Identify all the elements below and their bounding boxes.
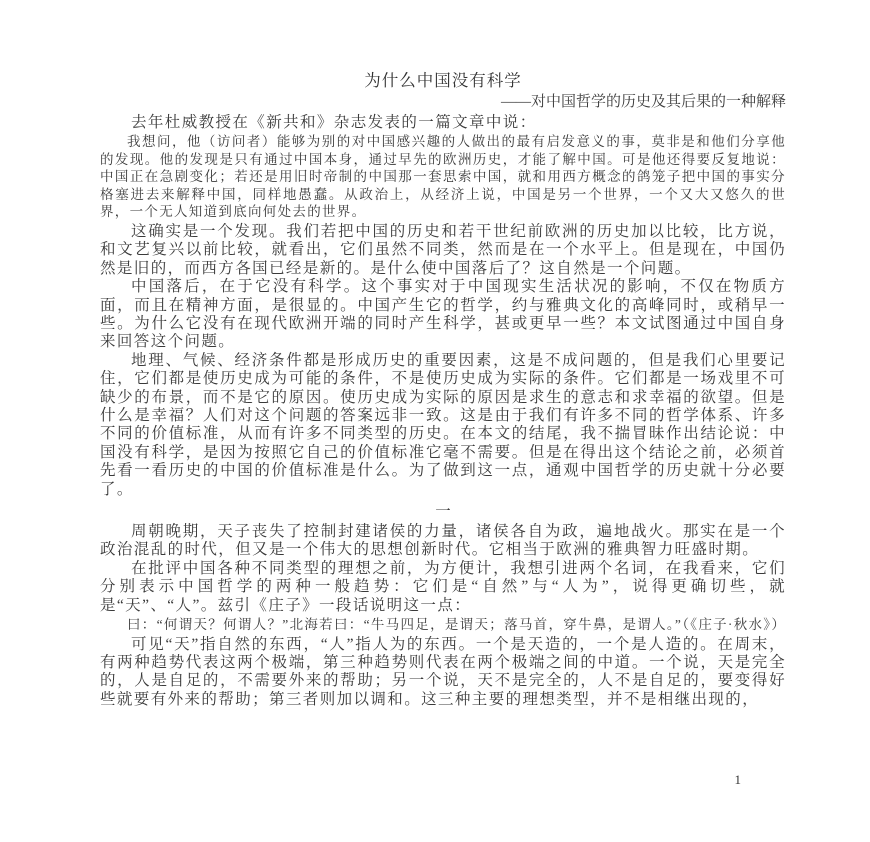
quote-block-dewey: 我想问，他（访问者）能够为别的对中国感兴趣的人做出的最有启发意义的事，莫非是和他… bbox=[100, 133, 786, 221]
page-number: 1 bbox=[100, 772, 741, 788]
paragraph-zhou-dynasty: 周朝晚期，天子丧失了控制封建诸侯的力量，诸侯各自为政，遍地战火。那实在是一个政治… bbox=[100, 523, 786, 560]
paragraph-geography: 地理、气候、经济条件都是形成历史的重要因素，这是不成问题的，但是我们心里要记住，… bbox=[100, 352, 786, 499]
paragraph-no-science: 中国落后，在于它没有科学。这个事实对于中国现实生活状况的影响，不仅在物质方面，而… bbox=[100, 278, 786, 352]
paragraph-nature-vs-man: 可见“天”指自然的东西，“人”指人为的东西。一个是天造的，一个是人造的。在周末，… bbox=[100, 636, 786, 710]
paragraph-discovery: 这确实是一个发现。我们若把中国的历史和若干世纪前欧洲的历史加以比较，比方说，和文… bbox=[100, 223, 786, 278]
paragraph-two-terms: 在批评中国各种不同类型的理想之前，为方便计，我想引进两个名词，在我看来，它们分别… bbox=[100, 560, 786, 615]
document-subtitle: ——对中国哲学的历史及其后果的一种解释 bbox=[100, 93, 786, 112]
section-heading-one: 一 bbox=[100, 502, 786, 521]
document-title: 为什么中国没有科学 bbox=[100, 70, 786, 91]
quote-block-zhuangzi: 曰：“何谓天？何谓人？”北海若曰：“牛马四足，是谓天；落马首，穿牛鼻，是谓人。”… bbox=[100, 616, 786, 634]
document-page: 为什么中国没有科学 ——对中国哲学的历史及其后果的一种解释 去年杜威教授在《新共… bbox=[100, 70, 786, 709]
paragraph-intro: 去年杜威教授在《新共和》杂志发表的一篇文章中说： bbox=[100, 114, 786, 132]
